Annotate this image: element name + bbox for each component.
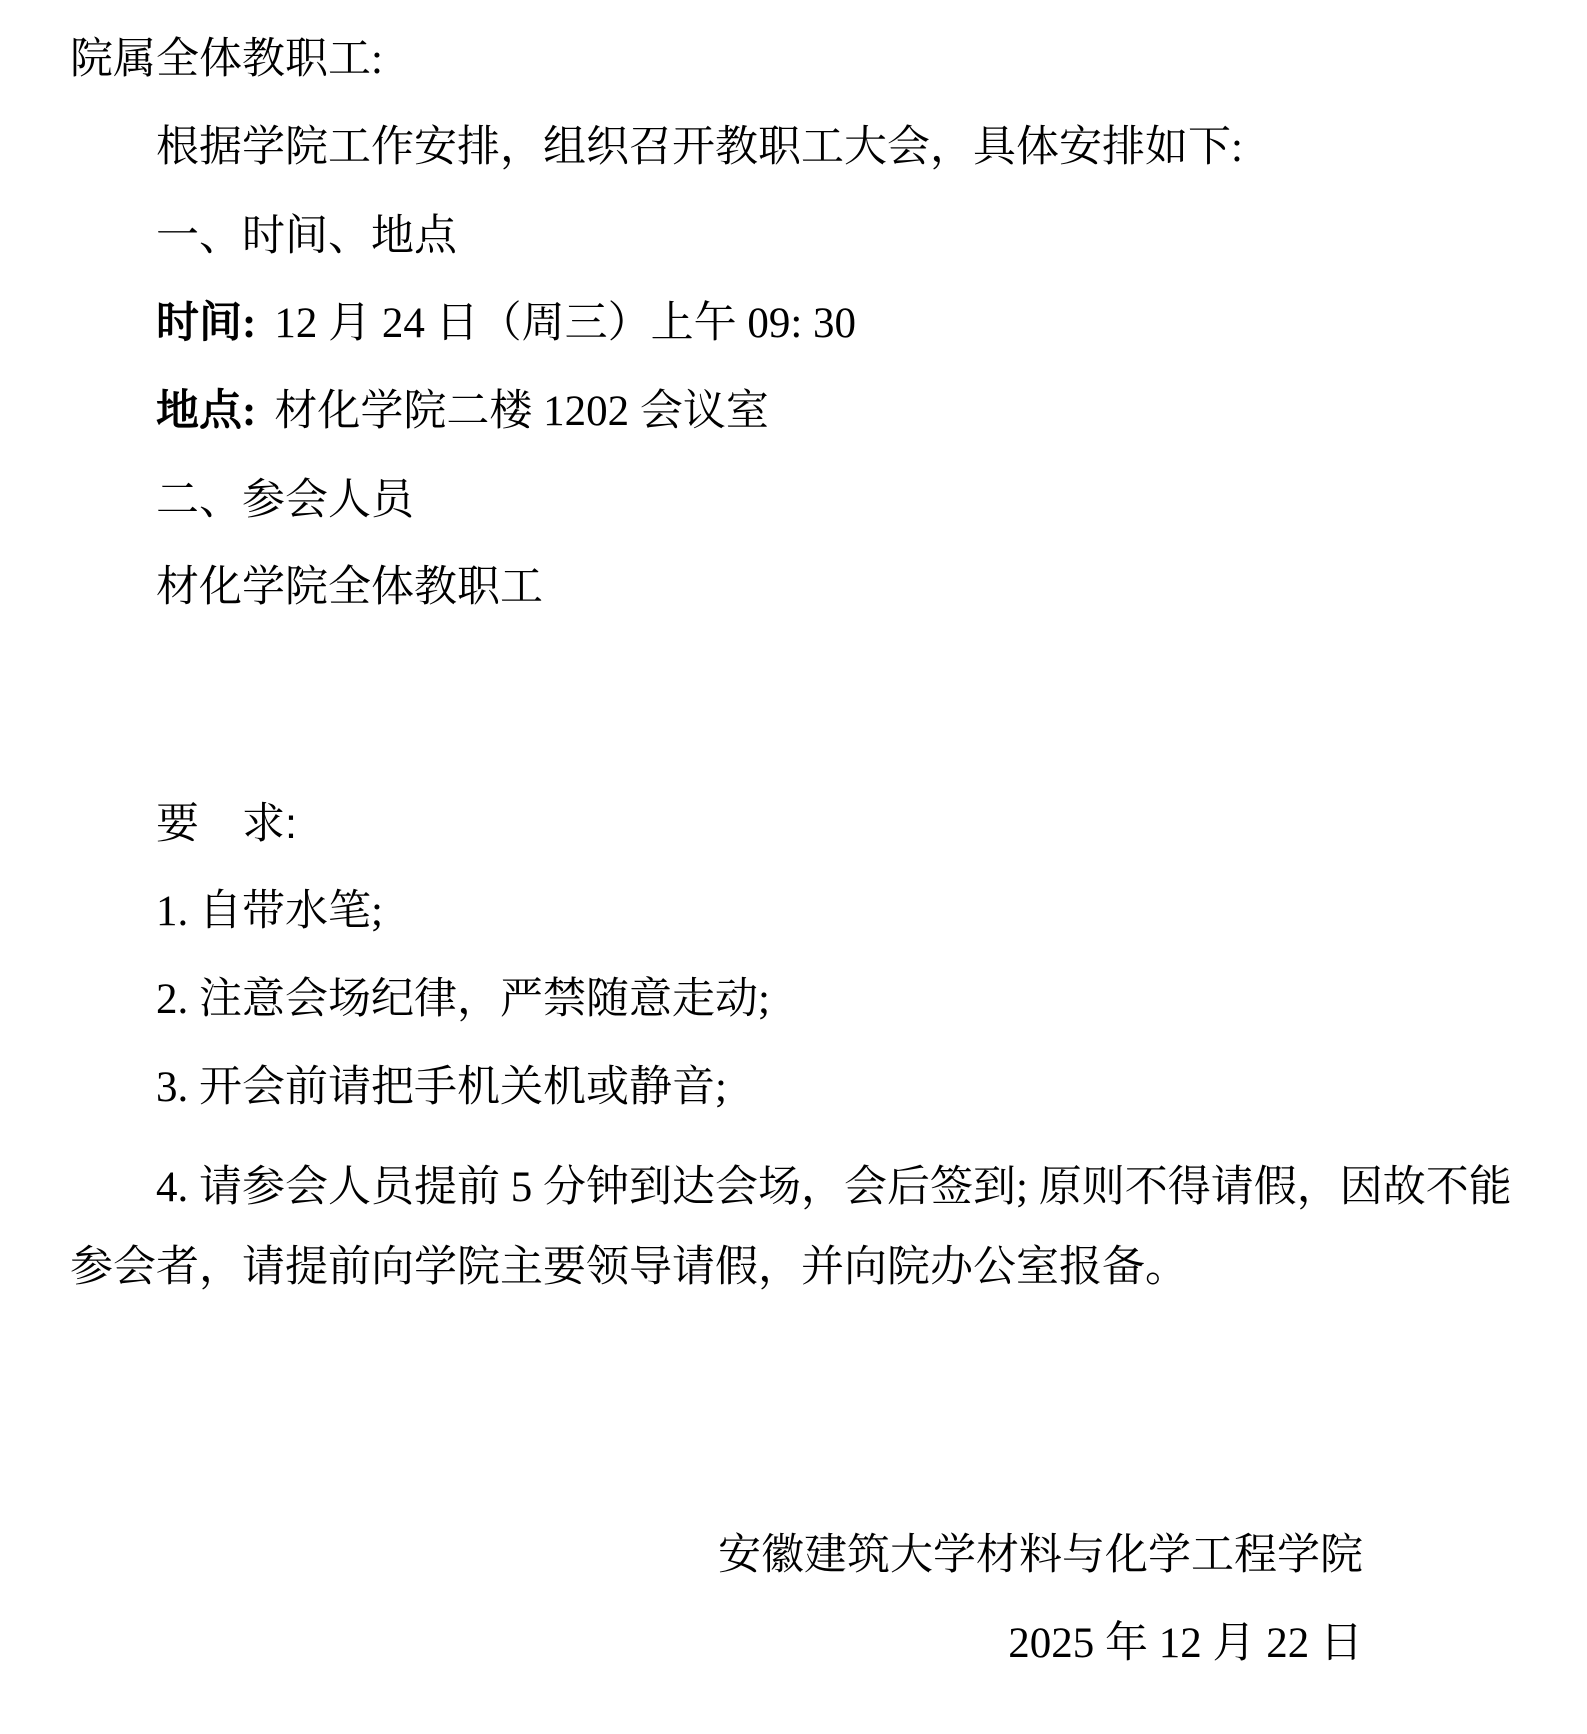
requirement-item-4-line1: 4. 请参会人员提前 5 分钟到达会场，会后签到; 原则不得请假，因故不能 [70,1148,1517,1228]
requirement-item-2: 2. 注意会场纪律，严禁随意走动; [70,960,1517,1040]
section2-heading: 二、参会人员 [70,460,1517,540]
time-value: 12 月 24 日（周三）上午 09: 30 [274,300,856,347]
section1-heading: 一、时间、地点 [70,196,1517,276]
salutation: 院属全体教职工: [70,20,1517,100]
requirements-heading: 要 求: [70,784,1517,864]
requirement-item-1: 1. 自带水笔; [70,872,1517,952]
time-line: 时间:12 月 24 日（周三）上午 09: 30 [70,284,1517,364]
time-label: 时间: [156,300,256,347]
attendees-line: 材化学院全体教职工 [70,548,1517,628]
intro-paragraph: 根据学院工作安排，组织召开教职工大会，具体安排如下: [70,108,1517,188]
place-line: 地点:材化学院二楼 1202 会议室 [70,372,1517,452]
requirement-item-3: 3. 开会前请把手机关机或静音; [70,1048,1517,1128]
requirement-item-4: 4. 请参会人员提前 5 分钟到达会场，会后签到; 原则不得请假，因故不能 参会… [70,1148,1517,1308]
signature-date: 2025 年 12 月 22 日 [70,1604,1517,1684]
requirement-item-4-line2: 参会者，请提前向学院主要领导请假，并向院办公室报备。 [70,1228,1517,1308]
place-label: 地点: [156,388,256,435]
signature-organization: 安徽建筑大学材料与化学工程学院 [70,1516,1517,1596]
place-value: 材化学院二楼 1202 会议室 [274,388,769,435]
meeting-notice-document: 院属全体教职工: 根据学院工作安排，组织召开教职工大会，具体安排如下: 一、时间… [0,0,1587,1734]
